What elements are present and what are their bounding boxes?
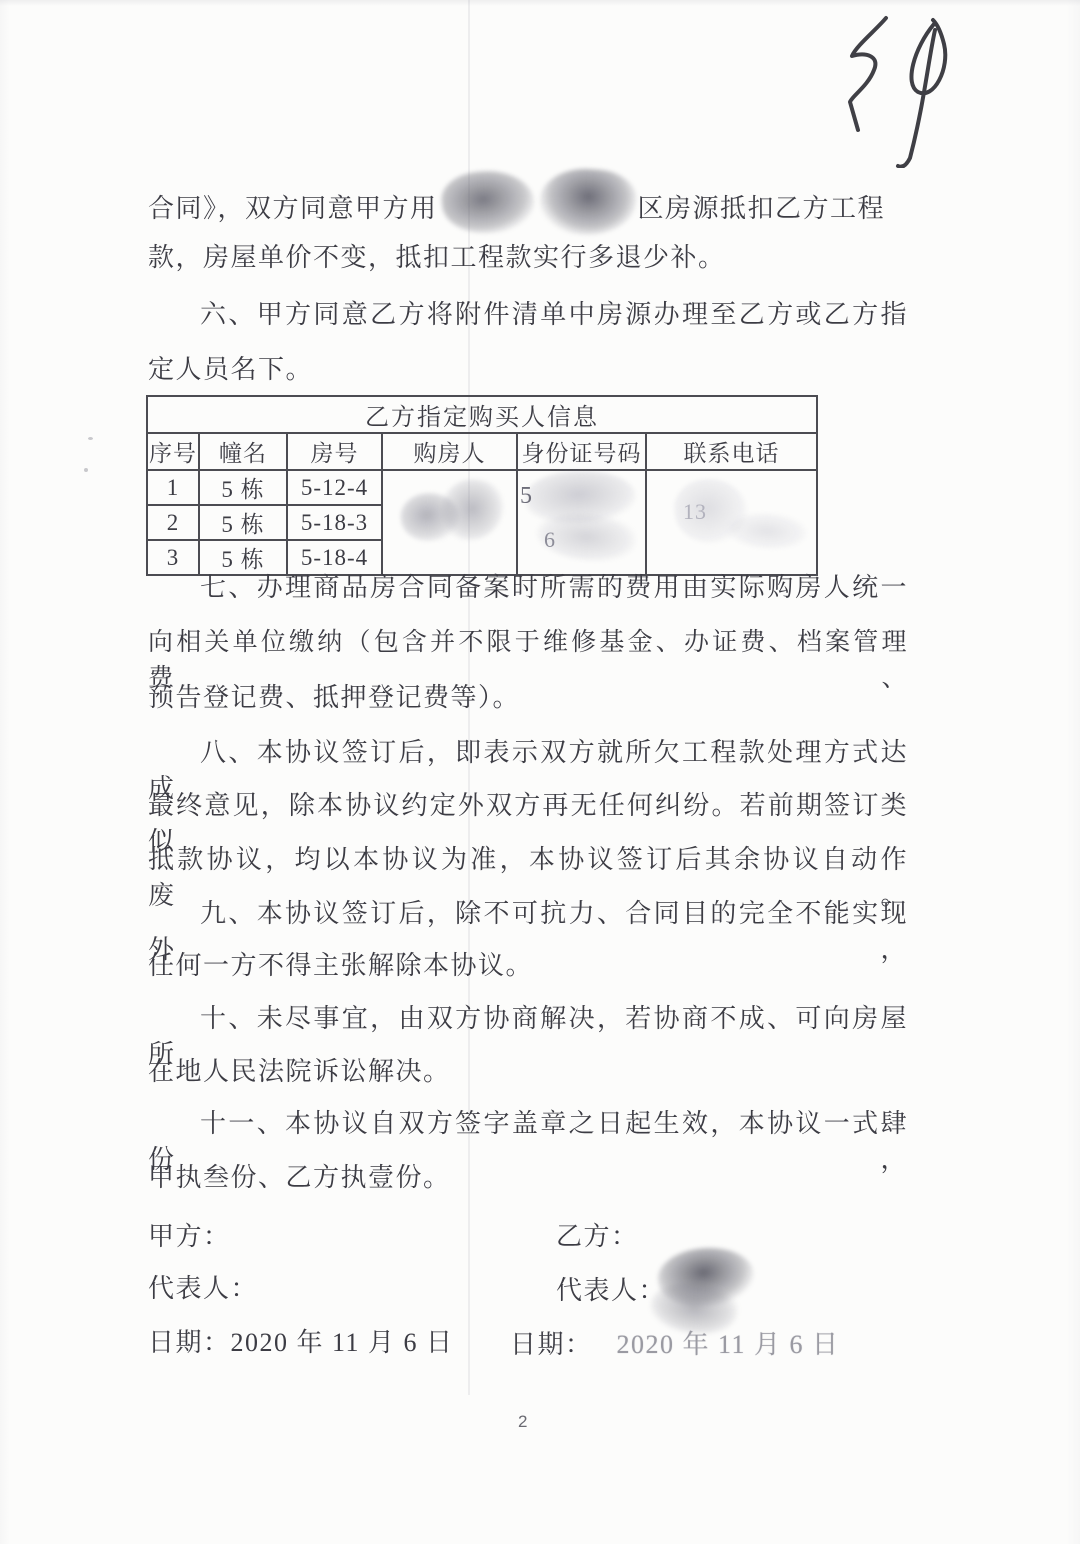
- table-cell-building: 5 栋: [199, 470, 287, 505]
- table-cell-room: 5-18-3: [287, 505, 382, 540]
- clause11-line-2: 甲执叁份、乙方执壹份。: [148, 1160, 908, 1196]
- smudge-blob: [439, 167, 536, 237]
- party-a-label: 甲方：: [148, 1216, 231, 1253]
- clause6-line-2: 定人员名下。: [148, 352, 908, 388]
- col-header-building: 幢名: [199, 433, 287, 470]
- table-cell-no: 2: [147, 505, 199, 540]
- clause9-line-2: 任何一方不得主张解除本协议。: [148, 948, 908, 984]
- party-b-label: 乙方：: [556, 1216, 639, 1253]
- intro-text-after: 区房源抵扣乙方工程: [638, 194, 886, 223]
- page-number: 2: [518, 1412, 527, 1432]
- redacted-phone-cell: 13: [646, 470, 817, 575]
- clause7-line-3: 预告登记费、抵押登记费等）。: [148, 680, 908, 716]
- intro-text-before: 合同》，双方同意甲方用: [148, 194, 438, 223]
- scan-speck: [88, 437, 93, 440]
- redacted-buyer-cell: [382, 470, 517, 575]
- date-b-value: 2020 年 11 月 6 日: [617, 1330, 840, 1359]
- col-header-room: 房号: [287, 433, 382, 470]
- table-cell-no: 1: [147, 470, 199, 505]
- intro-line-1: 合同》，双方同意甲方用 区房源抵扣乙方工程: [148, 185, 908, 227]
- scanned-contract-page: 合同》，双方同意甲方用 区房源抵扣乙方工程 款，房屋单价不变，抵扣工程款实行多退…: [0, 0, 1080, 1544]
- visible-phone-digits: 13: [683, 499, 707, 525]
- clause6-line-1: 六、甲方同意乙方将附件清单中房源办理至乙方或乙方指: [148, 297, 908, 333]
- date-a-value: 2020 年 11 月 6 日: [231, 1328, 454, 1357]
- date-a-label: 日期：: [148, 1328, 231, 1357]
- redaction-smudge-project-name: [438, 185, 638, 225]
- scan-speck: [84, 468, 88, 472]
- table-cell-room: 5-12-4: [287, 470, 382, 505]
- rep-a-label: 代表人：: [148, 1268, 258, 1305]
- col-header-phone: 联系电话: [646, 433, 817, 470]
- buyer-info-table: 乙方指定购买人信息 序号 幢名 房号 购房人 身份证号码 联系电话 1 5 栋 …: [146, 395, 818, 576]
- col-header-buyer: 购房人: [382, 433, 517, 470]
- col-header-no: 序号: [147, 433, 199, 470]
- clause10-line-2: 在地人民法院诉讼解决。: [148, 1054, 908, 1090]
- clause7-line-1: 七、办理商品房合同备案时所需的费用由实际购房人统一: [148, 570, 908, 606]
- redacted-id-number-cell: 5 6: [517, 470, 646, 575]
- smudge-blob: [726, 510, 808, 551]
- intro-line-2: 款，房屋单价不变，抵扣工程款实行多退少补。: [148, 240, 908, 276]
- date-a-line: 日期：2020 年 11 月 6 日: [148, 1322, 454, 1359]
- smudge-blob: [537, 166, 637, 239]
- visible-id-digit-2: 6: [544, 527, 556, 553]
- col-header-id-number: 身份证号码: [517, 433, 646, 470]
- handwritten-stroke-3: [850, 18, 886, 130]
- visible-id-digit-1: 5: [520, 483, 533, 510]
- date-b-line: 日期：2020 年 11 月 6 日: [510, 1324, 840, 1361]
- handwritten-page-mark: [822, 8, 972, 168]
- table-title: 乙方指定购买人信息: [147, 396, 817, 433]
- date-b-label: 日期：: [510, 1330, 593, 1359]
- table-cell-building: 5 栋: [199, 505, 287, 540]
